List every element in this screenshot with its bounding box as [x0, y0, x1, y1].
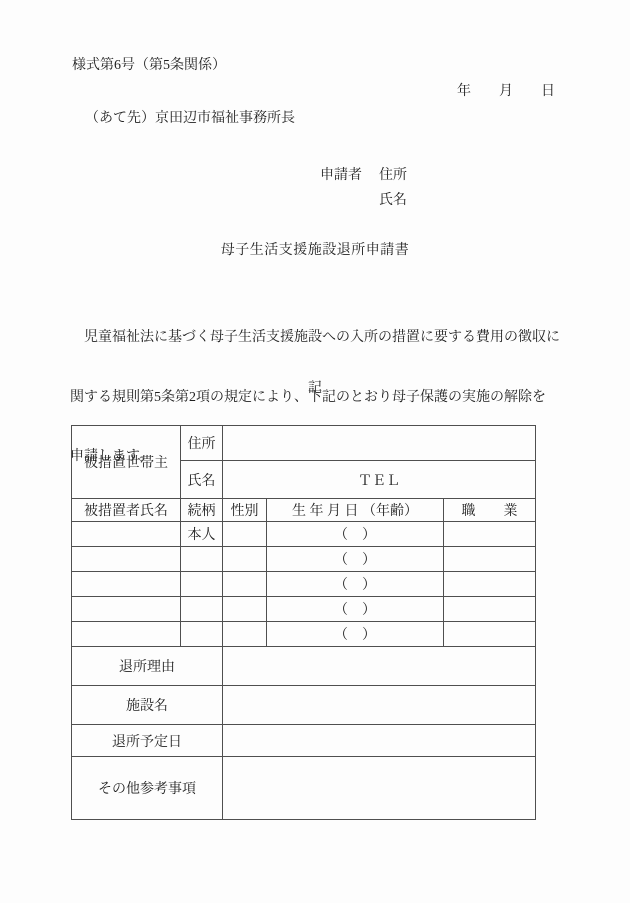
member-sex-cell: [223, 572, 267, 597]
other-notes-value-cell: [223, 757, 536, 820]
other-notes-row: その他参考事項: [72, 757, 536, 820]
facility-name-label-cell: 施設名: [72, 686, 223, 725]
member-row-4: （ ）: [72, 597, 536, 622]
facility-name-row: 施設名: [72, 686, 536, 725]
member-row-5: （ ）: [72, 622, 536, 647]
facility-name-value-cell: [223, 686, 536, 725]
exit-reason-value-cell: [223, 647, 536, 686]
member-row-3: （ ）: [72, 572, 536, 597]
col-header-occupation: 職 業: [444, 499, 536, 522]
member-sex-cell: [223, 622, 267, 647]
member-occupation-cell: [444, 522, 536, 547]
exit-date-row: 退所予定日: [72, 725, 536, 757]
exit-date-label-cell: 退所予定日: [72, 725, 223, 757]
member-occupation-cell: [444, 622, 536, 647]
member-name-cell: [72, 622, 181, 647]
member-birthdate-cell: （ ）: [267, 572, 444, 597]
member-relationship-cell: [181, 572, 223, 597]
application-form-page: 様式第6号（第5条関係） 年 月 日 （あて先）京田辺市福祉事務所長 申請者 住…: [0, 0, 630, 903]
applicant-name-label: 氏名: [379, 189, 407, 209]
member-relationship-cell: [181, 597, 223, 622]
householder-tel-cell: ＴＥＬ: [223, 461, 536, 499]
member-birthdate-cell: （ ）: [267, 522, 444, 547]
member-occupation-cell: [444, 547, 536, 572]
householder-address-value-cell: [223, 426, 536, 461]
addressee-line: （あて先）京田辺市福祉事務所長: [85, 107, 295, 127]
col-header-person-name: 被措置者氏名: [72, 499, 181, 522]
applicant-address-label: 住所: [379, 164, 407, 184]
member-birthdate-cell: （ ）: [267, 597, 444, 622]
exit-reason-label-cell: 退所理由: [72, 647, 223, 686]
table-header-row: 被措置者氏名 続柄 性別 生 年 月 日 （年齢） 職 業: [72, 499, 536, 522]
member-name-cell: [72, 597, 181, 622]
application-table: 被措置世帯主 住所 氏名 ＴＥＬ 被措置者氏名 続柄 性別 生 年 月 日 （年…: [71, 425, 536, 820]
member-sex-cell: [223, 597, 267, 622]
record-marker: 記: [0, 377, 630, 397]
householder-name-label-cell: 氏名: [181, 461, 223, 499]
member-occupation-cell: [444, 572, 536, 597]
member-relationship-cell: [181, 547, 223, 572]
date-line: 年 月 日: [457, 80, 555, 100]
member-relationship-cell: 本人: [181, 522, 223, 547]
member-occupation-cell: [444, 597, 536, 622]
member-name-cell: [72, 522, 181, 547]
member-name-cell: [72, 572, 181, 597]
householder-address-row: 被措置世帯主 住所: [72, 426, 536, 461]
exit-reason-row: 退所理由: [72, 647, 536, 686]
body-line-1: 児童福祉法に基づく母子生活支援施設への入所の措置に要する費用の徴収に: [70, 324, 562, 352]
col-header-sex: 性別: [223, 499, 267, 522]
applicant-label: 申請者: [320, 164, 362, 184]
form-number: 様式第6号（第5条関係）: [72, 54, 226, 74]
member-row-2: （ ）: [72, 547, 536, 572]
member-sex-cell: [223, 547, 267, 572]
member-birthdate-cell: （ ）: [267, 547, 444, 572]
member-sex-cell: [223, 522, 267, 547]
exit-date-value-cell: [223, 725, 536, 757]
member-row-1: 本人 （ ）: [72, 522, 536, 547]
document-title: 母子生活支援施設退所申請書: [0, 239, 630, 259]
col-header-relationship: 続柄: [181, 499, 223, 522]
member-name-cell: [72, 547, 181, 572]
member-birthdate-cell: （ ）: [267, 622, 444, 647]
householder-address-label-cell: 住所: [181, 426, 223, 461]
member-relationship-cell: [181, 622, 223, 647]
householder-label-cell: 被措置世帯主: [72, 426, 181, 499]
col-header-birthdate: 生 年 月 日 （年齢）: [267, 499, 444, 522]
other-notes-label-cell: その他参考事項: [72, 757, 223, 820]
